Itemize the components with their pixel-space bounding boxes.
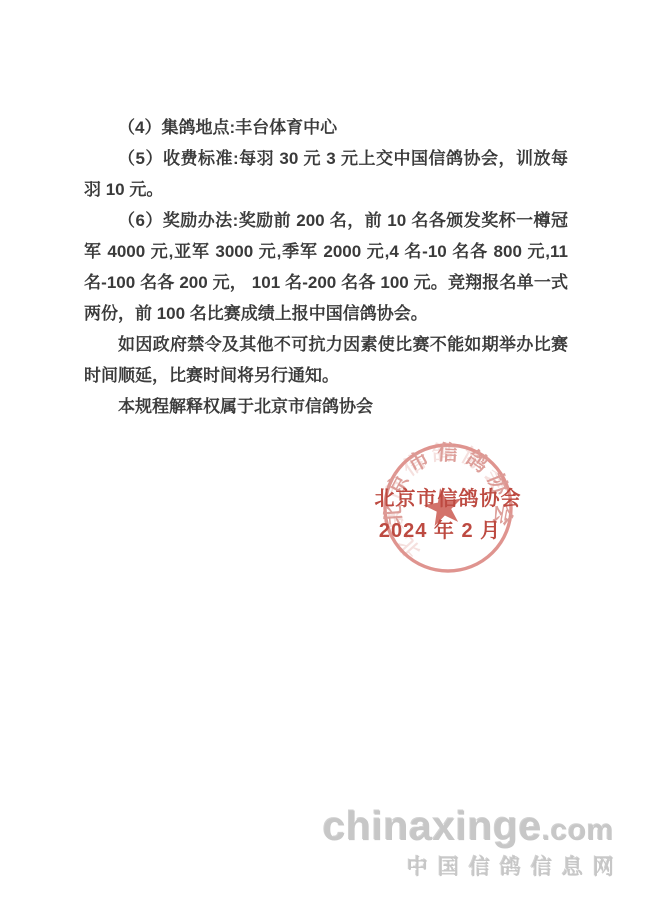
watermark-domain-line: chinaxinge.com: [323, 804, 614, 853]
paragraph-interpretation-rights: 本规程解释权属于北京市信鸽协会: [84, 391, 568, 422]
watermark-site-name: 中国信鸽信息网: [323, 855, 624, 881]
signature-organization: 北京市信鸽协会: [366, 486, 530, 512]
paragraph-force-majeure: 如因政府禁令及其他不可抗力因素使比赛不能如期举办比赛时间顺延，比赛时间将另行通知…: [84, 329, 568, 391]
watermark: chinaxinge.com 中国信鸽信息网: [323, 804, 614, 881]
paragraph-fee-standard: （5）收费标准:每羽 30 元 3 元上交中国信鸽协会，训放每羽 10 元。: [84, 143, 568, 205]
signature-date: 2024 年 2 月: [358, 518, 522, 544]
paragraph-collection-point: （4）集鸽地点:丰台体育中心: [84, 112, 568, 143]
watermark-domain: chinaxinge: [323, 803, 542, 849]
document-body: （4）集鸽地点:丰台体育中心 （5）收费标准:每羽 30 元 3 元上交中国信鸽…: [84, 112, 568, 422]
document-page: （4）集鸽地点:丰台体育中心 （5）收费标准:每羽 30 元 3 元上交中国信鸽…: [0, 0, 650, 920]
watermark-tld: .com: [542, 814, 614, 847]
paragraph-award-rules: （6）奖励办法:奖励前 200 名，前 10 名各颁发奖杯一樽冠军 4000 元…: [84, 205, 568, 329]
